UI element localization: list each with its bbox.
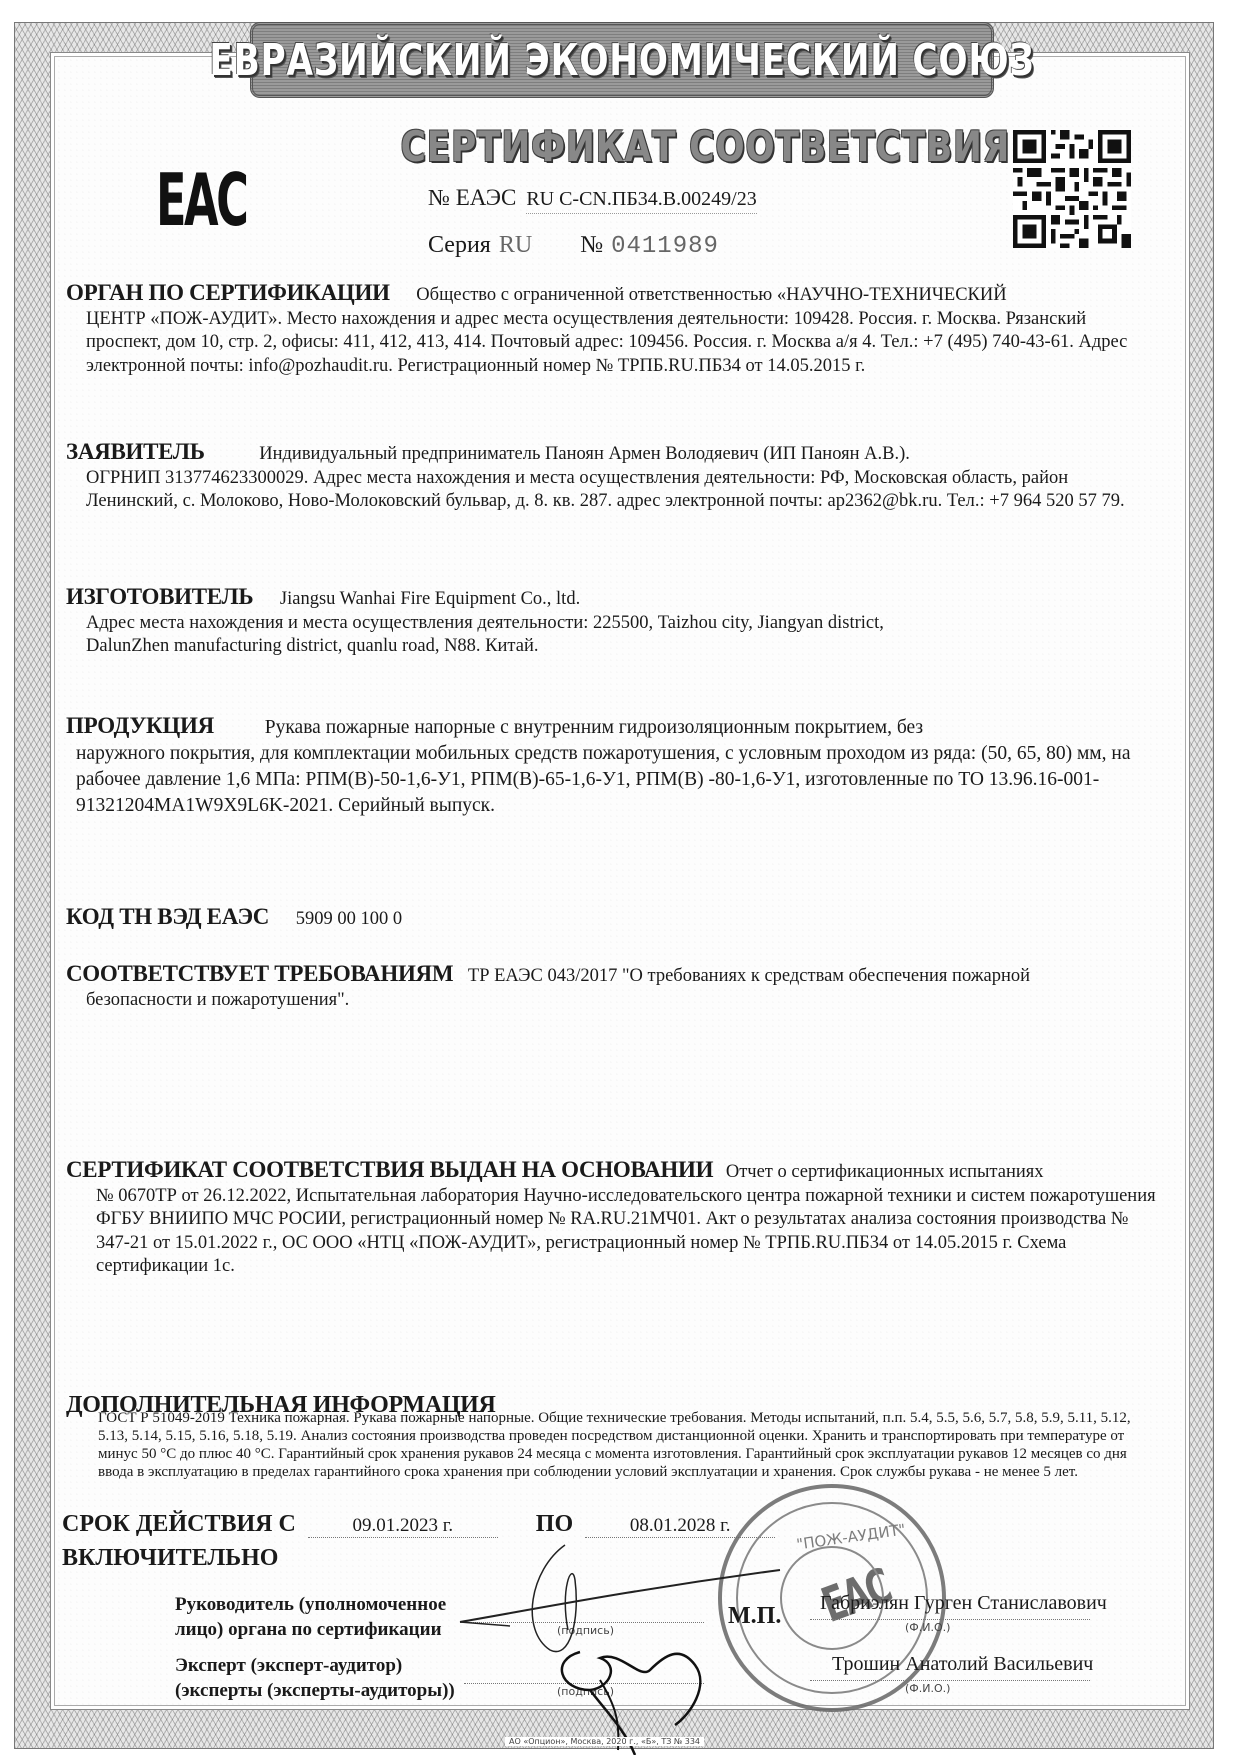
certification-body-label: ОРГАН ПО СЕРТИФИКАЦИИ [66,280,390,305]
blank-number-label: № [580,232,603,259]
head-label-line-1: Руководитель (уполномоченное [175,1592,446,1617]
basis-first-line: Отчет о сертификационных испытаниях [726,1162,1044,1182]
applicant-details: ОГРНИП 313774623300029. Адрес места нахо… [66,467,1128,514]
basis-details: № 0670ТР от 26.12.2022, Испытательная ла… [66,1185,1160,1279]
expert-signature-line [464,1683,704,1684]
hs-code-value: 5909 00 100 0 [296,909,402,929]
head-signature-line [464,1622,704,1623]
expert-name: Трошин Анатолий Васильевич [832,1653,1093,1676]
manufacturer-section: ИЗГОТОВИТЕЛЬ Jiangsu Wanhai Fire Equipme… [66,585,1128,659]
union-title-band: ЕВРАЗИЙСКИЙ ЭКОНОМИЧЕСКИЙ СОЮЗ [250,22,994,98]
conformity-section: СООТВЕТСТВУЕТ ТРЕБОВАНИЯМ ТР ЕАЭС 043/20… [66,962,1128,1012]
basis-label: СЕРТИФИКАТ СООТВЕТСТВИЯ ВЫДАН НА ОСНОВАН… [66,1157,713,1182]
certificate-number: RU C-CN.ПБ34.В.00249/23 [526,188,756,214]
validity-row: СРОК ДЕЙСТВИЯ С 09.01.2023 г. ПО 08.01.2… [62,1511,787,1538]
basis-section: СЕРТИФИКАТ СООТВЕТСТВИЯ ВЫДАН НА ОСНОВАН… [66,1158,1160,1279]
validity-from-date: 09.01.2023 г. [308,1515,498,1538]
manufacturer-address: Адрес места нахождения и места осуществл… [66,612,1128,659]
applicant-section: ЗАЯВИТЕЛЬ Индивидуальный предприниматель… [66,440,1128,514]
seal-label: М.П. [728,1603,781,1630]
applicant-first-line: Индивидуальный предприниматель Паноян Ар… [259,444,910,464]
certification-body-details: ЦЕНТР «ПОЖ-АУДИТ». Место нахождения и ад… [66,308,1128,379]
validity-inclusive-label: ВКЛЮЧИТЕЛЬНО [62,1545,278,1572]
qr-code-icon [1013,130,1131,248]
product-first-line: Рукава пожарные напорные с внутренним ги… [265,717,923,738]
expert-label-line-1: Эксперт (эксперт-аудитор) [175,1653,455,1678]
stamp-organization-name: "ПОЖ-АУДИТ" [795,1520,906,1553]
certificate-number-prefix: № ЕАЭС [428,185,516,211]
head-label-line-2: лицо) органа по сертификации [175,1617,446,1642]
manufacturer-label: ИЗГОТОВИТЕЛЬ [66,584,253,609]
series-value: RU [499,232,532,259]
head-name-caption: (Ф.И.О.) [905,1621,950,1634]
eac-mark-icon: EAC [156,158,246,242]
certification-body-section: ОРГАН ПО СЕРТИФИКАЦИИ Общество с огранич… [66,281,1128,378]
conformity-label: СООТВЕТСТВУЕТ ТРЕБОВАНИЯМ [66,961,453,986]
expert-signature-caption: (подпись) [557,1685,614,1698]
expert-name-caption: (Ф.И.О.) [905,1682,950,1695]
blank-number: 0411989 [611,233,719,260]
head-signatory-label: Руководитель (уполномоченное лицо) орган… [175,1592,446,1642]
head-name-line [810,1619,1090,1620]
validity-to-label: ПО [536,1511,573,1538]
product-details: наружного покрытия, для комплектации моб… [66,741,1168,819]
expert-name-line [810,1680,1090,1681]
expert-signatory-label: Эксперт (эксперт-аудитор) (эксперты (экс… [175,1653,455,1703]
expert-label-line-2: (эксперты (эксперты-аудиторы)) [175,1678,455,1703]
head-name: Габриэлян Гурген Станиславович [820,1592,1107,1615]
product-section: ПРОДУКЦИЯ Рукава пожарные напорные с вну… [66,713,1128,819]
certificate-number-row: № ЕАЭС RU C-CN.ПБ34.В.00249/23 [428,185,757,214]
certificate-title: СЕРТИФИКАТ СООТВЕТСТВИЯ [401,122,844,171]
conformity-first-line: ТР ЕАЭС 043/2017 "О требованиях к средст… [468,966,1030,986]
series-row: Серия RU № 0411989 [428,232,719,260]
hs-code-section: КОД ТН ВЭД ЕАЭС 5909 00 100 0 [66,905,1128,932]
head-signature-caption: (подпись) [557,1624,614,1637]
applicant-label: ЗАЯВИТЕЛЬ [66,439,205,464]
product-label: ПРОДУКЦИЯ [66,713,214,738]
additional-info-text: ГОСТ Р 51049-2019 Техника пожарная. Рука… [66,1409,1140,1481]
certification-body-first-line: Общество с ограниченной ответственностью… [416,285,1006,305]
hs-code-label: КОД ТН ВЭД ЕАЭС [66,904,269,929]
additional-info-section: ДОПОЛНИТЕЛЬНАЯ ИНФОРМАЦИЯ ГОСТ Р 51049-2… [66,1393,1140,1481]
union-title: ЕВРАЗИЙСКИЙ ЭКОНОМИЧЕСКИЙ СОЮЗ [209,35,1034,86]
manufacturer-name: Jiangsu Wanhai Fire Equipment Co., ltd. [280,589,580,609]
conformity-details: безопасности и пожаротушения". [66,989,1128,1013]
series-label: Серия [428,232,491,259]
validity-from-label: СРОК ДЕЙСТВИЯ С [62,1511,296,1538]
printer-imprint: АО «Опцион», Москва, 2020 г., «Б», ТЗ № … [505,1737,704,1746]
